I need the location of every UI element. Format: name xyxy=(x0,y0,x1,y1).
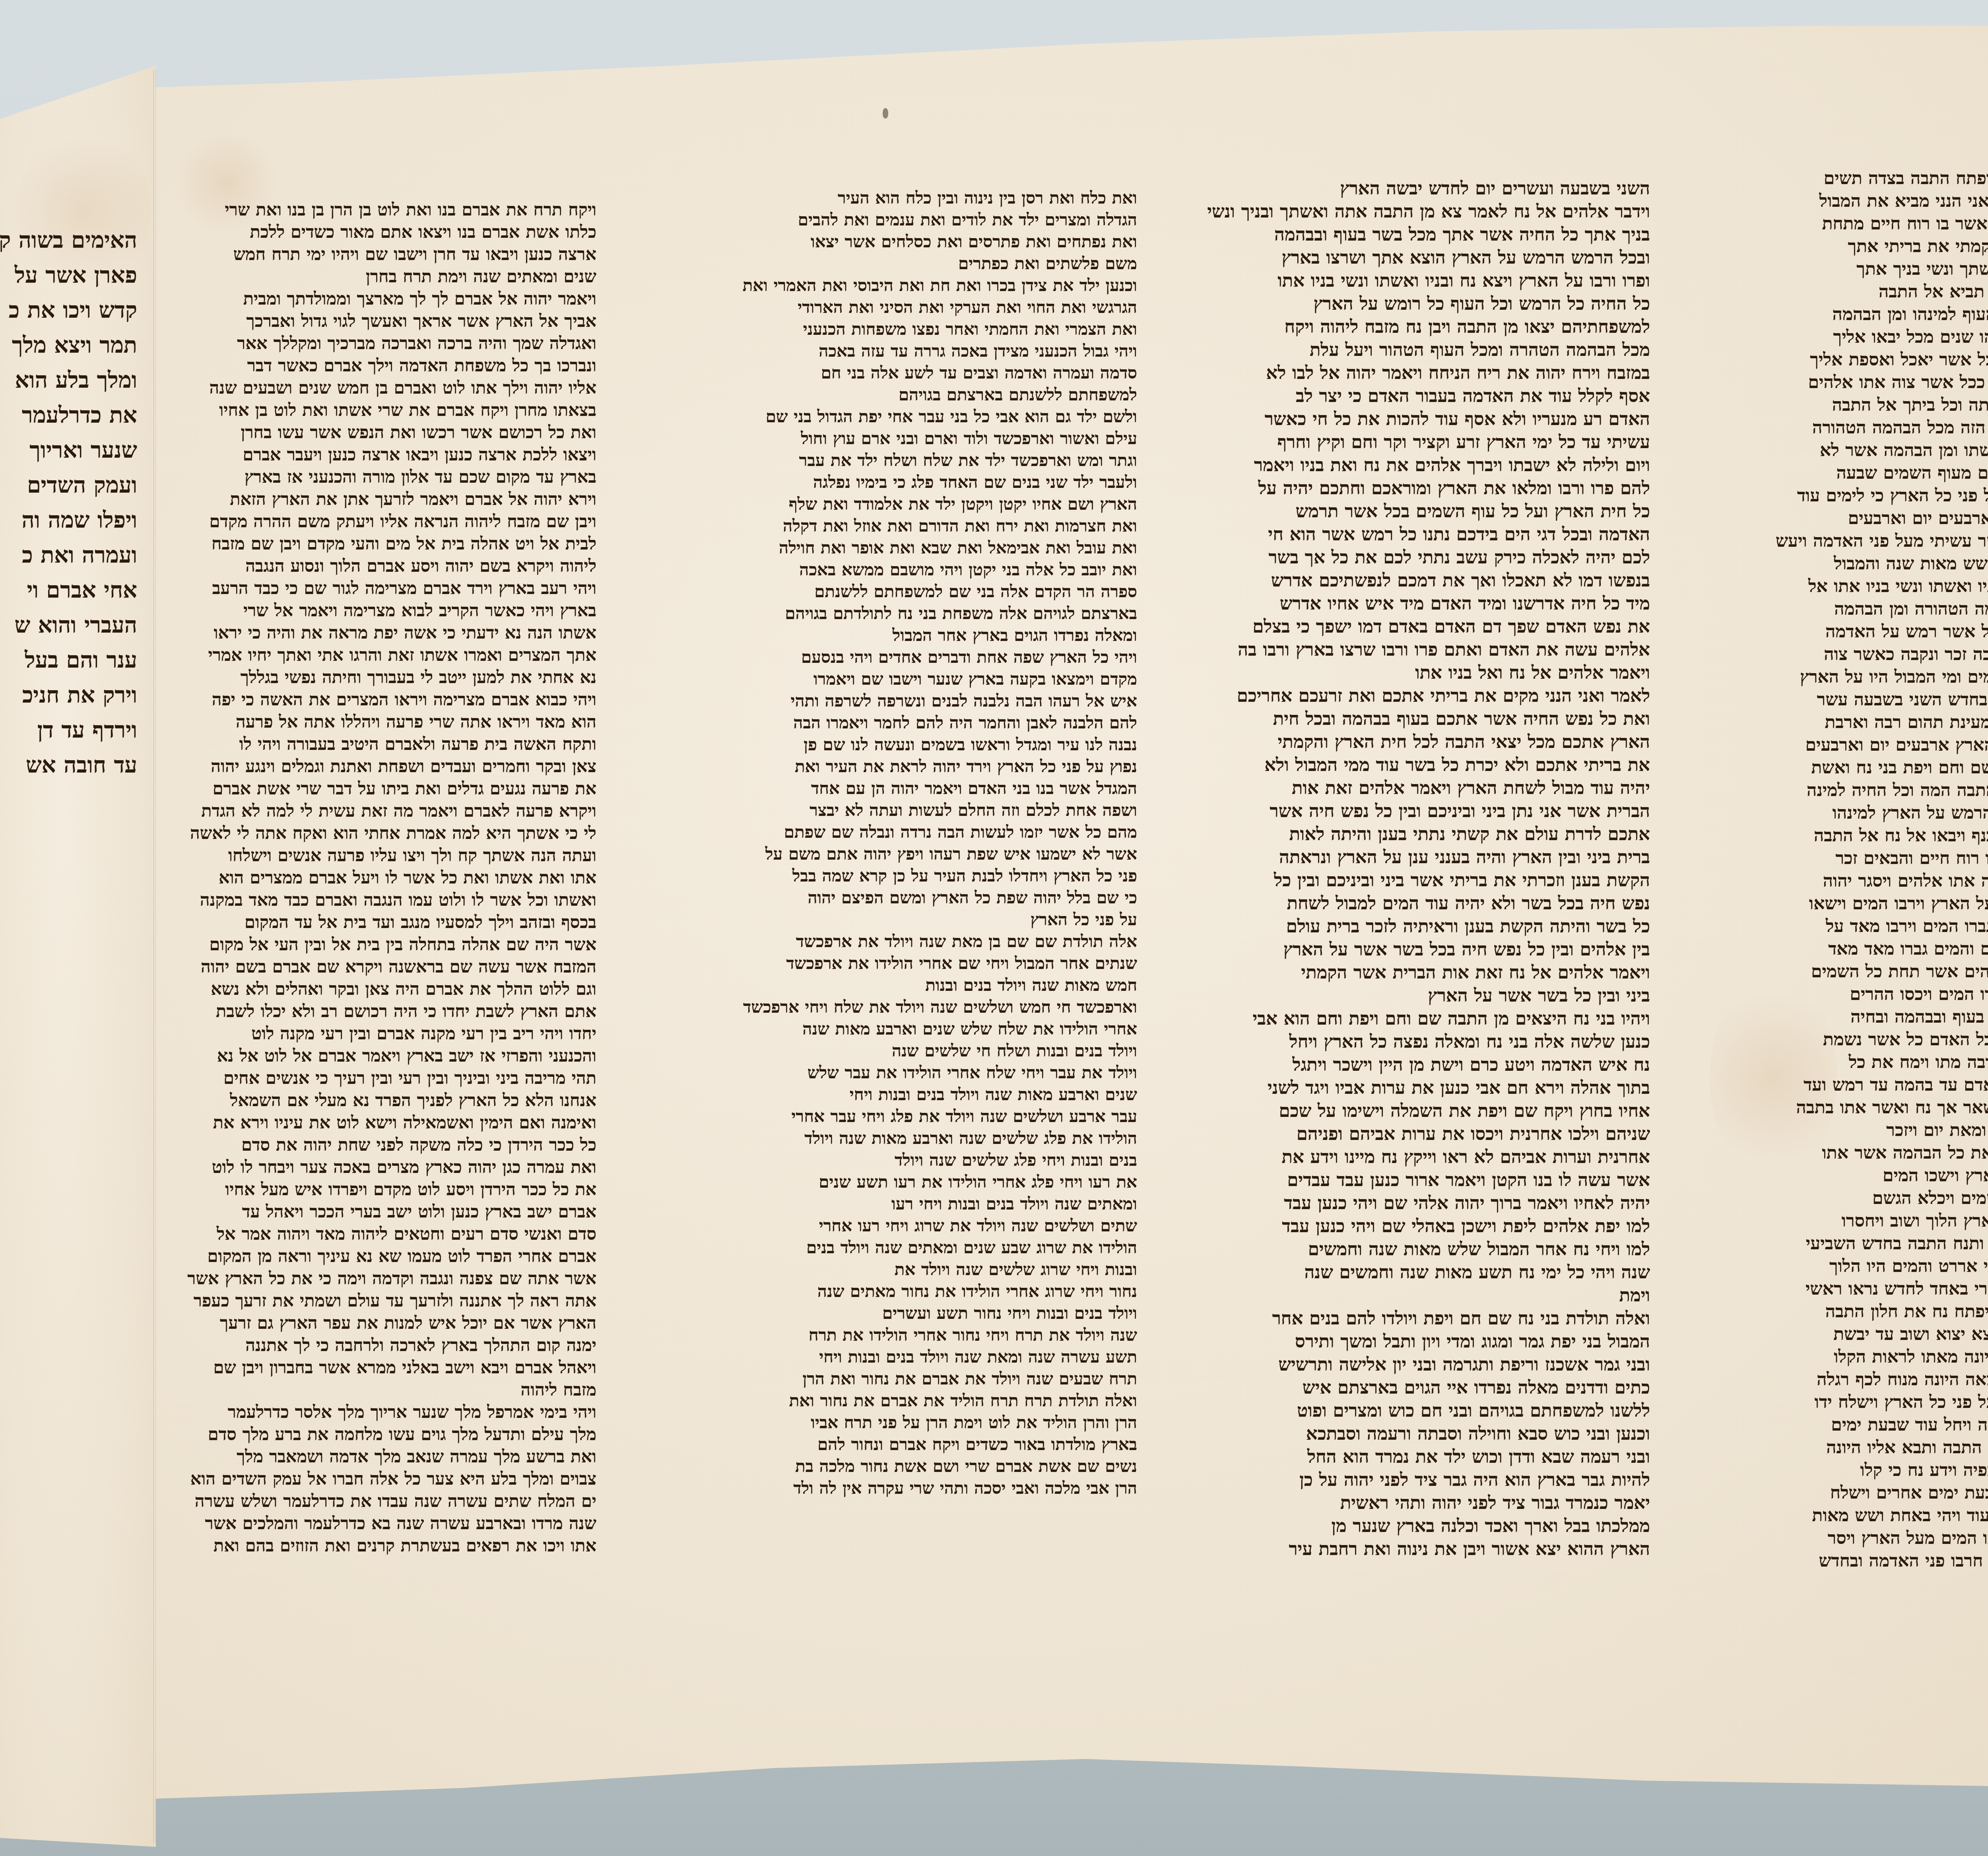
text-line: האדם רע מנעריו ולא אסף עוד להכות את כל ח… xyxy=(1177,408,1650,431)
text-line: ויפלו שמה וה xyxy=(0,503,137,538)
text-line: לכם יהיה לאכלה כירק עשב נתתי לכם את כל א… xyxy=(1177,546,1650,569)
text-line: נפש חיה בכל בשר ולא יהיה עוד המים למבול … xyxy=(1177,892,1650,915)
text-line: ענר והם בעל xyxy=(0,643,137,678)
text-line: אשר היה שם אהלה בתחלה בין בית אל ובין הע… xyxy=(167,934,596,956)
text-line: את היונה ולא יספה שוב אליו עוד ויהי באחת… xyxy=(1722,1504,1988,1527)
text-line: הארץ ההוא יצא אשור ויבן את נינוה ואת רחב… xyxy=(1177,1538,1650,1561)
text-line: ואת ברשע מלך עמרה שנאב מלך אדמה ושמאבר מ… xyxy=(167,1446,596,1468)
text-line: בשנת שש מאות שנה לחיי נח בחדש השני בשבעה… xyxy=(1722,688,1988,711)
text-line: וימת xyxy=(1177,1284,1650,1307)
text-line: וידבר אלהים אל נח לאמר צא מן התבה אתה וא… xyxy=(1177,200,1650,223)
text-line: וארפכשד חי חמש ושלשים שנה ויולד את שלח ו… xyxy=(676,996,1137,1018)
text-line: על פני כל הארץ xyxy=(676,909,1137,930)
text-line: תהי מריבה ביני וביניך ובין רעי ובין רעיך… xyxy=(167,1067,596,1089)
text-line: ארצה כנען ויבאו עד חרן וישבו שם ויהיו ימ… xyxy=(167,243,596,266)
text-line: כלתו אשת אברם בנו ויצאו אתם מאור כשדים ל… xyxy=(167,221,596,243)
text-line: בנים ובנות ויחי פלג שלשים שנה ויולד xyxy=(676,1149,1137,1171)
text-line: לעת ערב והנה עלה זית טרף בפיה וידע נח כי… xyxy=(1722,1459,1988,1481)
text-line: להיות גבר בארץ הוא היה גבר ציד לפני יהוה… xyxy=(1177,1468,1650,1491)
text-line: את כדרלעמר xyxy=(0,398,137,433)
text-line: וגם ללוט ההלך את אברם היה צאן ובקר ואהלי… xyxy=(167,978,596,1000)
text-line: מן השמים וישבו המים מעל הארץ הלוך ושוב ו… xyxy=(1722,1210,1988,1232)
text-line: אחרנית וערות אביהם לא ראו וייקץ נח מיינו… xyxy=(1177,1145,1650,1169)
text-line: ים המלח שתים עשרה שנה עבדו את כדרלעמר וש… xyxy=(167,1490,596,1512)
scroll-column-genesis-11-14: ויקח תרח את אברם בנו ואת לוט בן הרן בן ב… xyxy=(167,199,596,1557)
text-line: מכל הבהמה הטהרה ומכל העוף הטהור ויעל עלת xyxy=(1177,338,1650,361)
text-line: ואשתו וכל אשר לו ולוט עמו הנגבה ואברם כב… xyxy=(167,889,596,911)
text-line: ויהי כל הארץ שפה אחת ודברים אחדים ויהי ב… xyxy=(676,646,1137,668)
text-line: נשים שם אשת אברם שרי ושם אשת נחור מלכה ב… xyxy=(676,1455,1137,1477)
text-line: נח איש האדמה ויטע כרם וישת מן היין וישכר… xyxy=(1177,1053,1650,1076)
text-line: וחסור עד החדש העשירי בעשירי באחד לחדש נר… xyxy=(1722,1277,1988,1300)
text-line: ואלה תולדת בני נח שם חם ויפת ויולדו להם … xyxy=(1177,1307,1650,1330)
text-line: עילם ואשור וארפכשד ולוד וארם ובני ארם עו… xyxy=(676,427,1137,449)
text-line: העברי והוא ש xyxy=(0,608,137,643)
text-line: אתו ויכו את רפאים בעשתרת קרנים ואת הזוזי… xyxy=(167,1535,596,1557)
text-line: אלהים את נח ואת כל החיה ואת כל הבהמה אשר… xyxy=(1722,1142,1988,1164)
text-line: שנתים אחר המבול ויחי שם אחרי הולידו את א… xyxy=(676,952,1137,974)
text-line: הולידו את שרוג שבע שנים ומאתים שנה ויולד… xyxy=(676,1237,1137,1258)
text-line: את כל ככר הירדן ויסע לוט מקדם ויפרדו איש… xyxy=(167,1178,596,1201)
text-line: ואת כל נפש החיה אשר אתכם בעוף בבהמה ובכל… xyxy=(1177,707,1650,730)
text-line: ויהי כבוא אברם מצרימה ויראו המצרים את הא… xyxy=(167,689,596,711)
text-line: ואת כלח ואת רסן בין נינוה ובין כלח הוא ה… xyxy=(676,187,1137,209)
text-line: הרן והרן הוליד את לוט וימת הרן על פני תר… xyxy=(676,1411,1137,1433)
text-line: מים על הארץ לשחת כל בשר אשר בו רוח חיים … xyxy=(1722,212,1988,235)
text-line: נח ושלשת נשי בניו אתם אל התבה המה וכל הח… xyxy=(1722,779,1988,802)
text-line: כי אתך ראיתי צדיק לפני בדור הזה מכל הבהמ… xyxy=(1722,416,1988,439)
text-line: אשר עשה לו בנו הקטן ויאמר ארור כנען עבד … xyxy=(1177,1169,1650,1192)
text-line: להחית אתך זכר ונקבה יהיו מהעוף למינהו ומ… xyxy=(1722,303,1988,326)
text-line: וירדף עד דן xyxy=(0,713,137,747)
text-line: בניך אתך כל החיה אשר אתך מכל בשר בעוף וב… xyxy=(1177,223,1650,246)
text-line: ואת נפתחים ואת פתרסים ואת כסלחים אשר יצא… xyxy=(676,231,1137,252)
text-line: ויהי רעב בארץ וירד אברם מצרימה לגור שם כ… xyxy=(167,577,596,600)
text-line: אשר איננה טהרה ומן העוף וכל אשר רמש על ה… xyxy=(1722,620,1988,643)
text-line: ואת עמרה כגן יהוה כארץ מצרים באכה צער וי… xyxy=(167,1156,596,1178)
text-line: בין אלהים ובין כל נפש חיה בכל בשר אשר על… xyxy=(1177,938,1650,961)
text-line: בעדו ויהי המבול ארבעים יום על הארץ וירבו… xyxy=(1722,892,1988,915)
text-line: אשר לא ישמעו איש שפת רעהו ויפץ יהוה אתם … xyxy=(676,843,1137,865)
text-line: וירק את חניכ xyxy=(0,678,137,713)
scroll-column-genesis-10-11: ואת כלח ואת רסן בין נינוה ובין כלח הוא ה… xyxy=(676,187,1137,1499)
text-line: להחיות ואתה קח לך מכל מאכל אשר יאכל ואספ… xyxy=(1722,348,1988,371)
text-line: צבוים ומלך בלע היא צער כל אלה חברו אל עמ… xyxy=(167,1468,596,1490)
text-line: מקדם וימצאו בקעה בארץ שנער וישבו שם ויאמ… xyxy=(676,668,1137,690)
text-line: שבעה אנכי ממטיר על הארץ ארבעים יום וארבע… xyxy=(1722,507,1988,530)
text-line: המים מעל הארץ וישלח את היונה מאתו לראות … xyxy=(1722,1345,1988,1368)
text-line: ובנות ויחי שרוג שלשים שנה ויולד את xyxy=(676,1258,1137,1280)
text-line: והכנעני והפרזי אז ישב בארץ ויאמר אברם אל… xyxy=(167,1045,596,1067)
text-line: נפוץ על פני כל הארץ וירד יהוה לראת את הע… xyxy=(676,755,1137,777)
text-line: שנה מרדו ובארבע עשרה שנה בא כדרלעמר והמל… xyxy=(167,1512,596,1535)
text-line: משם פלשתים ואת כפתרים xyxy=(676,252,1137,274)
text-line: ובאת אל התבה אתה ובניך ואשתך ונשי בניך א… xyxy=(1722,258,1988,280)
text-line: ויולד בנים ובנות ויחי נחור תשע ועשרים xyxy=(676,1302,1137,1324)
text-line: הרן אבי מלכה ואבי יסכה ותהי שרי עקרה אין… xyxy=(676,1477,1137,1499)
scroll-column-genesis-8-10: השני בשבעה ועשרים יום לחדש יבשה הארץוידב… xyxy=(1177,177,1650,1561)
text-line: תשע עשרה שנה ומאת שנה ויולד בנים ובנות ו… xyxy=(676,1346,1137,1368)
text-line: בארצתם לגויהם אלה משפחת בני נח לתולדתם ב… xyxy=(676,602,1137,624)
text-line: ונברכו בך כל משפחת האדמה וילך אברם כאשר … xyxy=(167,355,596,377)
text-line: שנה בראשון באחד לחדש חרבו המים מעל הארץ … xyxy=(1722,1527,1988,1549)
text-line: כי שם בלל יהוה שפת כל הארץ ומשם הפיצם יה… xyxy=(676,887,1137,909)
text-line: להם פרו ורבו ומלאו את הארץ ומוראכם וחתכם… xyxy=(1177,477,1650,500)
text-line: אליו יהוה וילך אתו לוט ואברם בן חמש שנים… xyxy=(167,377,596,399)
text-line: כן עשה ויאמר יהוה לנח בא אתה וכל ביתך אל… xyxy=(1722,394,1988,416)
text-line: על הארץ ויכסו כל ההרים הגבהים אשר תחת כל… xyxy=(1722,960,1988,983)
text-line: ותקח האשה בית פרעה ולאברם היטיב בעבורה ו… xyxy=(167,733,596,755)
text-line: ויהיו בני נח היצאים מן התבה שם וחם ויפת … xyxy=(1177,1007,1650,1030)
text-line: כל ככר הירדן כי כלה משקה לפני שחת יהוה א… xyxy=(167,1134,596,1156)
text-line: הקשת בענן וזכרתי את בריתי אשר ביני וביני… xyxy=(1177,869,1650,892)
text-line: האדמה ובכל דגי הים בידכם נתנו כל רמש אשר… xyxy=(1177,523,1650,546)
text-line: הוא מאד ויראו אתה שרי פרעה ויהללו אתה אל… xyxy=(167,711,596,733)
text-line: חמש עשרה אמה מלמעלה גברו המים ויכסו ההרי… xyxy=(1722,983,1988,1006)
text-line: פני כל הארץ ויחדלו לבנת העיר על כן קרא ש… xyxy=(676,865,1137,887)
text-line: ובני רעמה שבא ודדן וכוש ילד את נמרד הוא … xyxy=(1177,1445,1650,1468)
text-line: למינה מכל רמש האדמה למינהו שנים מכל יבאו… xyxy=(1722,326,1988,348)
text-line: ויהי בימי אמרפל מלך שנער אריוך מלך אלסר … xyxy=(167,1401,596,1423)
text-line: למו יפת אלהים ליפת וישכן באהלי שם ויהי כ… xyxy=(1177,1215,1650,1238)
text-line: שנים ומאתים שנה וימת תרח בחרן xyxy=(167,266,596,288)
text-line: בתוך אהלה וירא חם אבי כנען את ערות אביו … xyxy=(1177,1076,1650,1099)
text-line: ויקחה ויבא אתה אליו אל התבה ויחל עוד שבע… xyxy=(1722,1413,1988,1436)
text-line: עבר ארבע ושלשים שנה ויולד את פלג ויחי עב… xyxy=(676,1105,1137,1127)
text-line: לאמר ואני הנני מקים את בריתי אתכם ואת זר… xyxy=(1177,684,1650,707)
text-line: ומאלה נפרדו הגוים בארץ אחר המבול xyxy=(676,624,1137,646)
text-line: הארץ אתכם מכל יצאי התבה לכל חית הארץ והק… xyxy=(1177,730,1650,753)
text-line: אלהים עשה את האדם ואתם פרו ורבו שרצו באר… xyxy=(1177,638,1650,661)
text-line: ממלכתו בבל וארך ואכד וכלנה בארץ שנער מן xyxy=(1177,1514,1650,1538)
text-line: את רעו ויחי פלג אחרי הולידו את רעו תשע ש… xyxy=(676,1171,1137,1193)
text-line: מזבח ליהוה xyxy=(167,1379,596,1401)
text-line: נח את מכסה התבה וירא והנה חרבו פני האדמה… xyxy=(1722,1549,1988,1572)
text-line: אתה ראה לך אתננה ולזרעך עד עולם ושמתי את… xyxy=(167,1290,596,1312)
text-line: מהם כל אשר יזמו לעשות הבה נרדה ונבלה שם … xyxy=(676,821,1137,843)
text-line: תרח שבעים שנה ויולד את אברם את נחור ואת … xyxy=(676,1368,1137,1390)
ink-spot xyxy=(883,108,888,118)
text-line: שנער ואריוך xyxy=(0,433,137,468)
text-line: את בריתי אתכם ולא יכרת כל בשר עוד ממי המ… xyxy=(1177,753,1650,777)
text-line: ואת כל רכושם אשר רכשו ואת הנפש אשר עשו ב… xyxy=(167,421,596,444)
text-line: למו ויחי נח אחר המבול שלש מאות שנה וחמשי… xyxy=(1177,1238,1650,1261)
text-line: וכל הבהמה למינה וכל הרמש הרמש על הארץ למ… xyxy=(1722,802,1988,824)
text-line: אתו ואת אשתו ואת כל אשר לו ויעל אברם ממצ… xyxy=(167,867,596,889)
text-line: וכל העוף למינהו כל צפור כל כנף ויבאו אל … xyxy=(1722,824,1988,847)
text-line: וכנען ילד את צידן בכרו ואת חת ואת היבוסי… xyxy=(676,274,1137,296)
text-line: נחור ויחי שרוג אחרי הולידו את נחור מאתים… xyxy=(676,1280,1137,1302)
text-line: בנפשו דמו לא תאכלו ואך את דמכם לנפשתיכם … xyxy=(1177,569,1650,592)
text-line: ויקח תרח את אברם בנו ואת לוט בן הרן בן ב… xyxy=(167,199,596,221)
text-line: ספרה הר הקדם אלה בני שם למשפחתם ללשנתם xyxy=(676,580,1137,602)
text-line: את פרעה נגעים גדלים ואת ביתו על דבר שרי … xyxy=(167,778,596,800)
text-line: נח ככל אשר צוהו יהוה ונח בן שש מאות שנה … xyxy=(1722,552,1988,575)
text-line: ומאתים שנה ויולד בנים ובנות ויחי רעו xyxy=(676,1193,1137,1215)
text-line: כתים ודדנים מאלה נפרדו איי הגוים בארצתם … xyxy=(1177,1376,1650,1399)
text-line: איש אל רעהו הבה נלבנה לבנים ונשרפה לשרפה… xyxy=(676,690,1137,712)
text-line: ואת יובב כל אלה בני יקטן ויהי מושבם ממשא… xyxy=(676,559,1137,580)
text-line: טהרה הוא שנים איש ואשתו גם מעוף השמים שב… xyxy=(1722,462,1988,484)
text-line: הברית אשר אני נתן ביני וביניכם ובין כל נ… xyxy=(1177,800,1650,823)
text-line: ויאמר יהוה אל אברם לך לך מארצך וממולדתך … xyxy=(167,288,596,310)
text-line: את נפש האדם שפך דם האדם באדם דמו ישפך כי… xyxy=(1177,615,1650,638)
text-line: שניהם וילכו אחרנית ויכסו את ערות אביהם ו… xyxy=(1177,1122,1650,1145)
text-line: אחרים ויסף שלח את היונה מן התבה ותבא אלי… xyxy=(1722,1436,1988,1459)
text-line: מיד כל חיה אדרשנו ומיד האדם מיד איש אחיו… xyxy=(1177,592,1650,615)
text-line: ויבן שם מזבח ליהוה הנראה אליו ויעתק משם … xyxy=(167,511,596,533)
text-line: המזבח אשר עשה שם בראשנה ויקרא שם אברם בש… xyxy=(167,956,596,978)
text-line: ופרו ורבו על הארץ ויצא נח ובניו ואשתו ונ… xyxy=(1177,269,1650,292)
text-line: להם הלבנה לאבן והחמר היה להם לחמר ויאמרו… xyxy=(676,712,1137,734)
text-line: אשתו הנה נא ידעתי כי אשה יפת מראה את והי… xyxy=(167,622,596,644)
text-line: במזבח וירח יהוה את ריח הניחח ויאמר יהוה … xyxy=(1177,361,1650,384)
text-line: ויולד בנים ובנות ושלח חי שלשים שנה xyxy=(676,1040,1137,1062)
text-line: בארץ מולדתו באור כשדים ויקח אברם ונחור ל… xyxy=(676,1433,1137,1455)
text-line: אחי אברם וי xyxy=(0,573,137,608)
text-line: ויקרא פרעה לאברם ויאמר מה זאת עשית לי למ… xyxy=(167,800,596,822)
text-line: שנה ויולד את תרח ויחי נחור אחרי הולידו א… xyxy=(676,1324,1137,1346)
text-line: ואת חצרמות ואת ירח ואת הדורם ואת אוזל וא… xyxy=(676,515,1137,537)
text-line: נבנה לנו עיר ומגדל וראשו בשמים ונעשה לנו… xyxy=(676,734,1137,755)
text-line: ולשם ילד גם הוא אבי כל בני עבר אחי יפת ה… xyxy=(676,406,1137,427)
text-line: ויגוע כל בשר הרמש על הארץ בעוף ובבהמה וב… xyxy=(1722,1006,1988,1028)
text-line: בארץ ויהי כאשר הקריב לבוא מצרימה ויאמר א… xyxy=(167,600,596,622)
text-line: אלה תולדת שם שם בן מאת שנה ויולד את ארפכ… xyxy=(676,930,1137,952)
text-line: הגדלה ומצרים ילד את לודים ואת ענמים ואת … xyxy=(676,209,1137,231)
text-line: אלהים את נח ויהי לשבעת הימים ומי המבול ה… xyxy=(1722,666,1988,688)
text-line: המים מעל פני האדמה ולא מצאה היונה מנוח ל… xyxy=(1722,1368,1988,1391)
text-line: ואימנה ואם הימין ואשמאילה וישא לוט את עי… xyxy=(167,1112,596,1134)
text-line: ליהוה ויקרא בשם יהוה ויסע אברם הלוך ונסו… xyxy=(167,555,596,577)
text-line: לילה בעצם היום הזה בא נח ושם וחם ויפת בנ… xyxy=(1722,756,1988,779)
text-line: בצאתו מחרן ויקח אברם את שרי אשתו ואת לוט… xyxy=(167,399,596,421)
text-line: ועמק השדים xyxy=(0,468,137,503)
text-line: ועמרה ואת כ xyxy=(0,538,137,573)
text-line: וגתר ומש וארפכשד ילד את שלח ושלח ילד את … xyxy=(676,449,1137,471)
text-line: תחתים שנים ושלשים תעשה ואני הנני מביא את… xyxy=(1722,190,1988,212)
text-line: ומכל החי מכל בשר שנים מכל תביא אל התבה xyxy=(1722,280,1988,303)
text-line: תקח לך שבעה שבעה איש ואשתו ומן הבהמה אשר… xyxy=(1722,439,1988,462)
text-line: הארץ ותלך התבה על פני המים והמים גברו מא… xyxy=(1722,938,1988,960)
text-line: למשפחתם ללשנתם בארצתם בגויהם xyxy=(676,384,1137,406)
text-line: האימים בשוה ק xyxy=(0,223,137,258)
text-line: ויגברו המים על הארץ חמשים ומאת יום ויזכר xyxy=(1722,1119,1988,1142)
text-line: לבית אל ויט אהלה בית אל מים והעי מקדם וי… xyxy=(167,533,596,555)
text-line: ובכל השרץ השרץ על הארץ וכל האדם כל אשר נ… xyxy=(1722,1028,1988,1051)
text-line: אשר עשה וישלח את הערב ויצא יצוא ושוב עד … xyxy=(1722,1323,1988,1345)
text-line: ואגדלה שמך והיה ברכה ואברכה מברכיך ומקלל… xyxy=(167,332,596,355)
text-line: בתבה ויעבר אלהים רוח על הארץ וישכו המים xyxy=(1722,1164,1988,1187)
text-line: כל חית הארץ ועל כל עוף השמים בכל אשר תרמ… xyxy=(1177,500,1650,523)
text-line: ונקבה מכל בשר באו כאשר צוה אתו אלהים ויס… xyxy=(1722,870,1988,892)
text-line: ויסכרו מעינת תהום וארבת השמים ויכלא הגשם xyxy=(1722,1187,1988,1210)
text-line: צאן ובקר וחמרים ועבדים ושפחת ואתנת וגמלי… xyxy=(167,755,596,778)
text-line: הארץ ושם אחיו יקטן ויקטן ילד את אלמודד ו… xyxy=(676,493,1137,515)
text-line: שנה ויהי כל ימי נח תשע מאות שנה וחמשים ש… xyxy=(1177,1261,1650,1284)
text-line: היקום אשר על פני האדמה מאדם עד בהמה עד ר… xyxy=(1722,1074,1988,1096)
text-line: המים מעל הארץ וייחל עוד שבעת ימים אחרים … xyxy=(1722,1481,1988,1504)
text-line: מלך עילם ותדעל מלך גוים עשו מלחמה את ברע… xyxy=(167,1423,596,1446)
text-line: אסף לקלל עוד את האדמה בעבור האדם כי יצר … xyxy=(1177,384,1650,408)
text-line: אברם ישב בארץ כנען ולוט ישב בערי הככר וי… xyxy=(167,1201,596,1223)
text-line: ויצאו ללכת ארצה כנען ויבאו ארצה כנען ויע… xyxy=(167,444,596,466)
text-line: ויאמר אלהים אל נח ואל בניו אתו xyxy=(1177,661,1650,684)
text-line: המבול בני יפת גמר ומגוג ומדי ויון ותבל ו… xyxy=(1177,1330,1650,1353)
text-line: ואת עובל ואת אבימאל ואת שבא ואת אופר ואת… xyxy=(676,537,1137,559)
sheet-seam-left xyxy=(153,70,156,1843)
text-line: בכסף ובזהב וילך למסעיו מנגב ועד בית אל ע… xyxy=(167,911,596,934)
text-line: שנים שנים באו אל נח אל התבה זכר ונקבה כא… xyxy=(1722,643,1988,666)
text-line: התבה מפני מי המבול מן הבהמה הטהורה ומן ה… xyxy=(1722,598,1988,620)
text-line: יום לחדש ביום הזה נבקעו כל מעינת תהום רב… xyxy=(1722,711,1988,734)
text-line: חמש מאות שנה ויולד בנים ובנות xyxy=(676,974,1137,996)
text-line: יהיה לאחיו ויאמר ברוך יהוה אלהי שם ויהי … xyxy=(1177,1192,1650,1215)
scroll-column-genesis-6-8: התבה באמה תכלנה מלמעלה ופתח התבה בצדה תש… xyxy=(1722,167,1988,1572)
text-line: אתכם לדרת עולם את קשתי נתתי בענן והיתה ל… xyxy=(1177,823,1650,846)
text-line: ושפה אחת לכלם וזה החלם לעשות ועתה לא יבצ… xyxy=(676,799,1137,821)
text-line: ובני גמר אשכנז וריפת ותגרמה ובני יון אלי… xyxy=(1177,1353,1650,1376)
text-line: ועתה הנה אשתך קח ולך ויצו עליו פרעה אנשי… xyxy=(167,845,596,867)
text-line: ויהי גבול הכנעני מצידן באכה גררה עד עזה … xyxy=(676,340,1137,362)
text-line: יהיה עוד מבול לשחת הארץ ויאמר אלהים זאת … xyxy=(1177,777,1650,800)
text-line: כל בשר והיתה הקשת בענן וראיתיה לזכר ברית… xyxy=(1177,915,1650,938)
text-line: לילה ומחיתי את כל היקום אשר עשיתי מעל פנ… xyxy=(1722,530,1988,552)
text-line: ואלה תולדת תרח תרח הוליד את אברם את נחור… xyxy=(676,1390,1137,1411)
text-line: את התבה ותרם מעל הארץ ויגברו המים וירבו … xyxy=(1722,915,1988,938)
text-line: ותשב אליו אל התבה כי מים על פני כל הארץ … xyxy=(1722,1391,1988,1413)
text-line: אביך אל הארץ אשר אראך ואעשך לגוי גדול וא… xyxy=(167,310,596,332)
text-line: וירא יהוה אל אברם ויאמר לזרעך אתן את האר… xyxy=(167,488,596,511)
text-line: ללשנו למשפחתם בגויהם ובני חם כוש ומצרים … xyxy=(1177,1399,1650,1422)
text-line: שנים שנים מכל הבשר אשר בו רוח חיים והבאי… xyxy=(1722,847,1988,870)
text-line: בשבעה עשר יום לחדש על הרי אררט והמים היו… xyxy=(1722,1255,1988,1277)
text-line: שנים וארבע מאות שנה ויולד בנים ובנות ויח… xyxy=(676,1083,1137,1105)
text-line: אתך המצרים ואמרו אשתו זאת והרגו אתי ואתך… xyxy=(167,644,596,666)
text-line: אברם אחרי הפרד לוט מעמו שא נא עיניך וראה… xyxy=(167,1245,596,1268)
text-line: כל החיה כל הרמש וכל העוף כל רומש על הארץ xyxy=(1177,292,1650,315)
text-line: המגדל אשר בנו בני האדם ויאמר יהוה הן עם … xyxy=(676,777,1137,799)
text-line: אחיו בחוץ ויקח שם ויפת את השמלה וישימו ע… xyxy=(1177,1099,1650,1122)
text-line: תמר ויצא מלך xyxy=(0,328,137,363)
text-line: למשפחתיהם יצאו מן התבה ויבן נח מזבח ליהו… xyxy=(1177,315,1650,338)
text-line: הארץ אשר אם יוכל איש למנות את עפר הארץ ג… xyxy=(167,1312,596,1334)
text-line: התבה באמה תכלנה מלמעלה ופתח התבה בצדה תש… xyxy=(1722,167,1988,190)
text-line: קדש ויכו את כ xyxy=(0,293,137,328)
text-line: השמים כל אשר בארץ יגוע והקמתי את בריתי א… xyxy=(1722,235,1988,258)
scroll-column-left-partial: האימים בשוה ק פארן אשר על קדש ויכו את כ … xyxy=(0,223,137,782)
text-line: ההרים ויהי מקץ ארבעים יום ויפתח נח את חל… xyxy=(1722,1300,1988,1323)
text-line: לי כי אשתך היא למה אמרת אחתי הוא ואקח את… xyxy=(167,822,596,845)
text-line: ואת הצמרי ואת החמתי ואחר נפצו משפחות הכנ… xyxy=(676,318,1137,340)
text-line: אתם הארץ לשבת יחדו כי היה רכושם רב ולא י… xyxy=(167,1000,596,1023)
text-line: כנען שלשה אלה בני נח ומאלה נפצה כל הארץ … xyxy=(1177,1030,1650,1053)
text-line: ימנה קום התהלך בארץ לארכה ולרחבה כי לך א… xyxy=(167,1334,596,1357)
text-line: ויאמר אלהים אל נח זאת אות הברית אשר הקמת… xyxy=(1177,961,1650,984)
text-line: ביני ובין כל בשר אשר על הארץ xyxy=(1177,984,1650,1007)
text-line: וכנען ובני כוש סבא וחוילה וסבתה ורעמה וס… xyxy=(1177,1422,1650,1445)
text-line: הולידו את פלג שלשים שנה וארבע מאות שנה ו… xyxy=(676,1127,1137,1149)
text-line: ברית ביני ובין הארץ והיה בענני ענן על הא… xyxy=(1177,846,1650,869)
text-line: היה מים על הארץ ויבא נח ובניו ואשתו ונשי… xyxy=(1722,575,1988,598)
text-line: בארץ עד מקום שכם עד אלון מורה והכנעני אז… xyxy=(167,466,596,488)
text-line: ובכל הרמש הרמש על הארץ הוצא אתך ושרצו בא… xyxy=(1177,246,1650,269)
text-line: ויולד את עבר ויחי שלח אחרי הולידו את עבר… xyxy=(676,1062,1137,1083)
text-line: השני בשבעה ועשרים יום לחדש יבשה הארץ xyxy=(1177,177,1650,200)
text-line: נא אחתי את למען ייטב לי בעבורך וחיתה נפש… xyxy=(167,666,596,689)
text-line: רוח חיים באפיו מכל אשר בחרבה מתו וימח את… xyxy=(1722,1051,1988,1074)
text-line: עוף השמים וימחו מן הארץ וישאר אך נח ואשר… xyxy=(1722,1096,1988,1119)
text-line: המים מקצה חמשים ומאת יום ותנח התבה בחדש … xyxy=(1722,1232,1988,1255)
text-line: שתים ושלשים שנה ויולד את שרוג ויחי רעו א… xyxy=(676,1215,1137,1237)
text-line: יאמר כנמרד גבור ציד לפני יהוה ותהי ראשית xyxy=(1177,1491,1650,1514)
text-line: ומלך בלע הוא xyxy=(0,363,137,398)
text-line: עד חובה אש xyxy=(0,747,137,782)
text-line: ויאהל אברם ויבא וישב באלני ממרא אשר בחבר… xyxy=(167,1357,596,1379)
text-line: סדמה ועמרה ואדמה וצבים עד לשע אלה בני חם xyxy=(676,362,1137,384)
text-line: שבעה זכר ונקבה לחיות זרע על פני כל הארץ … xyxy=(1722,484,1988,507)
text-line: עשיתי עד כל ימי הארץ זרע וקציר וקר וחם ו… xyxy=(1177,431,1650,454)
text-line: יחדו ויהי ריב בין רעי מקנה אברם ובין רעי… xyxy=(167,1023,596,1045)
text-line: ויום ולילה לא ישבתו ויברך אלהים את נח וא… xyxy=(1177,454,1650,477)
text-line: והיה לך ולהם לאכלה ויעש נח ככל אשר צוה א… xyxy=(1722,371,1988,394)
text-line: סדם ואנשי סדם רעים וחטאים ליהוה מאד ויהו… xyxy=(167,1223,596,1245)
text-line: ולעבר ילד שני בנים שם האחד פלג כי בימיו … xyxy=(676,471,1137,493)
text-line: פארן אשר על xyxy=(0,258,137,293)
text-line: השמים נפתחו ויהי הגשם על הארץ ארבעים יום… xyxy=(1722,734,1988,756)
text-line: אנחנו הלא כל הארץ לפניך הפרד נא מעלי אם … xyxy=(167,1089,596,1112)
text-line: אחרי הולידו את שלח שלש שנים וארבע מאות ש… xyxy=(676,1018,1137,1040)
text-line: אשר אתה שם צפנה ונגבה וקדמה וימה כי את כ… xyxy=(167,1268,596,1290)
text-line: הגרגשי ואת החוי ואת הערקי ואת הסיני ואת … xyxy=(676,296,1137,318)
